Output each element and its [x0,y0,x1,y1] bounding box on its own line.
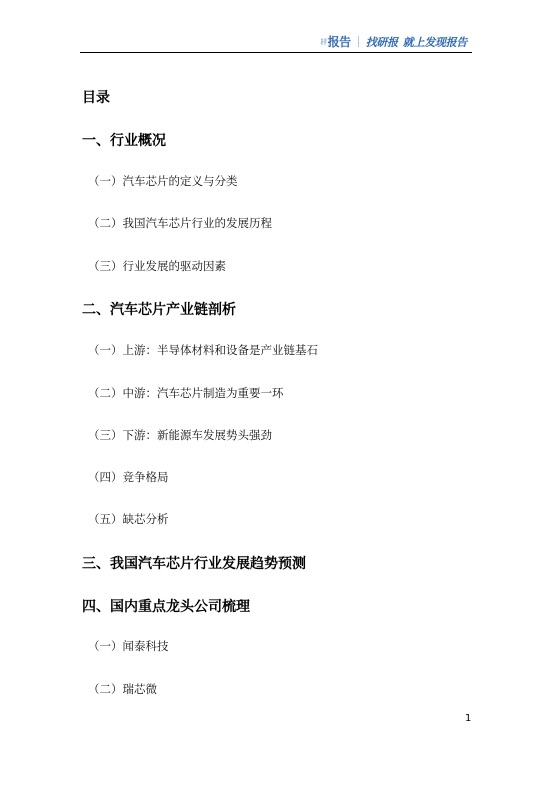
brand-slogan-right: 就上发现报告 [403,36,467,49]
toc-section-entry[interactable]: （二）中游：汽车芯片制造为重要一环 [88,385,284,401]
brand-slogan: 找研报就上发现报告 [366,34,472,50]
brand-logo-small-text: 发现报告 [321,39,327,45]
brand-slogan-left: 找研报 [366,36,398,49]
toc-section-entry[interactable]: （二）瑞芯微 [88,681,157,697]
toc-section-entry[interactable]: （二）我国汽车芯片行业的发展历程 [88,215,272,231]
toc-chapter-heading[interactable]: 一、行业概况 [82,130,166,150]
document-page: 发现报告 报告 找研报就上发现报告 目录 一、行业概况（一）汽车芯片的定义与分类… [0,0,553,785]
brand-logo-text: 报告 [328,33,351,50]
toc-chapter-heading[interactable]: 三、我国汽车芯片行业发展趋势预测 [82,553,306,573]
toc-chapter-heading[interactable]: 二、汽车芯片产业链剖析 [82,299,236,319]
toc-section-entry[interactable]: （一）上游：半导体材料和设备是产业链基石 [88,342,318,358]
brand-divider [358,36,359,47]
toc-title: 目录 [82,87,110,107]
toc-section-entry[interactable]: （四）竞争格局 [88,469,169,485]
toc-section-entry[interactable]: （三）下游：新能源车发展势头强劲 [88,427,272,443]
page-number: 1 [465,713,471,724]
brand-logo: 发现报告 报告 [321,33,351,50]
toc-chapter-heading[interactable]: 四、国内重点龙头公司梳理 [82,596,250,616]
toc-section-entry[interactable]: （一）闻泰科技 [88,638,169,654]
toc-section-entry[interactable]: （五）缺芯分析 [88,511,169,527]
page-header: 发现报告 报告 找研报就上发现报告 [80,30,472,54]
brand-banner: 发现报告 报告 找研报就上发现报告 [321,33,472,50]
header-divider [80,52,472,53]
toc-section-entry[interactable]: （一）汽车芯片的定义与分类 [88,173,238,189]
toc-section-entry[interactable]: （三）行业发展的驱动因素 [88,258,226,274]
